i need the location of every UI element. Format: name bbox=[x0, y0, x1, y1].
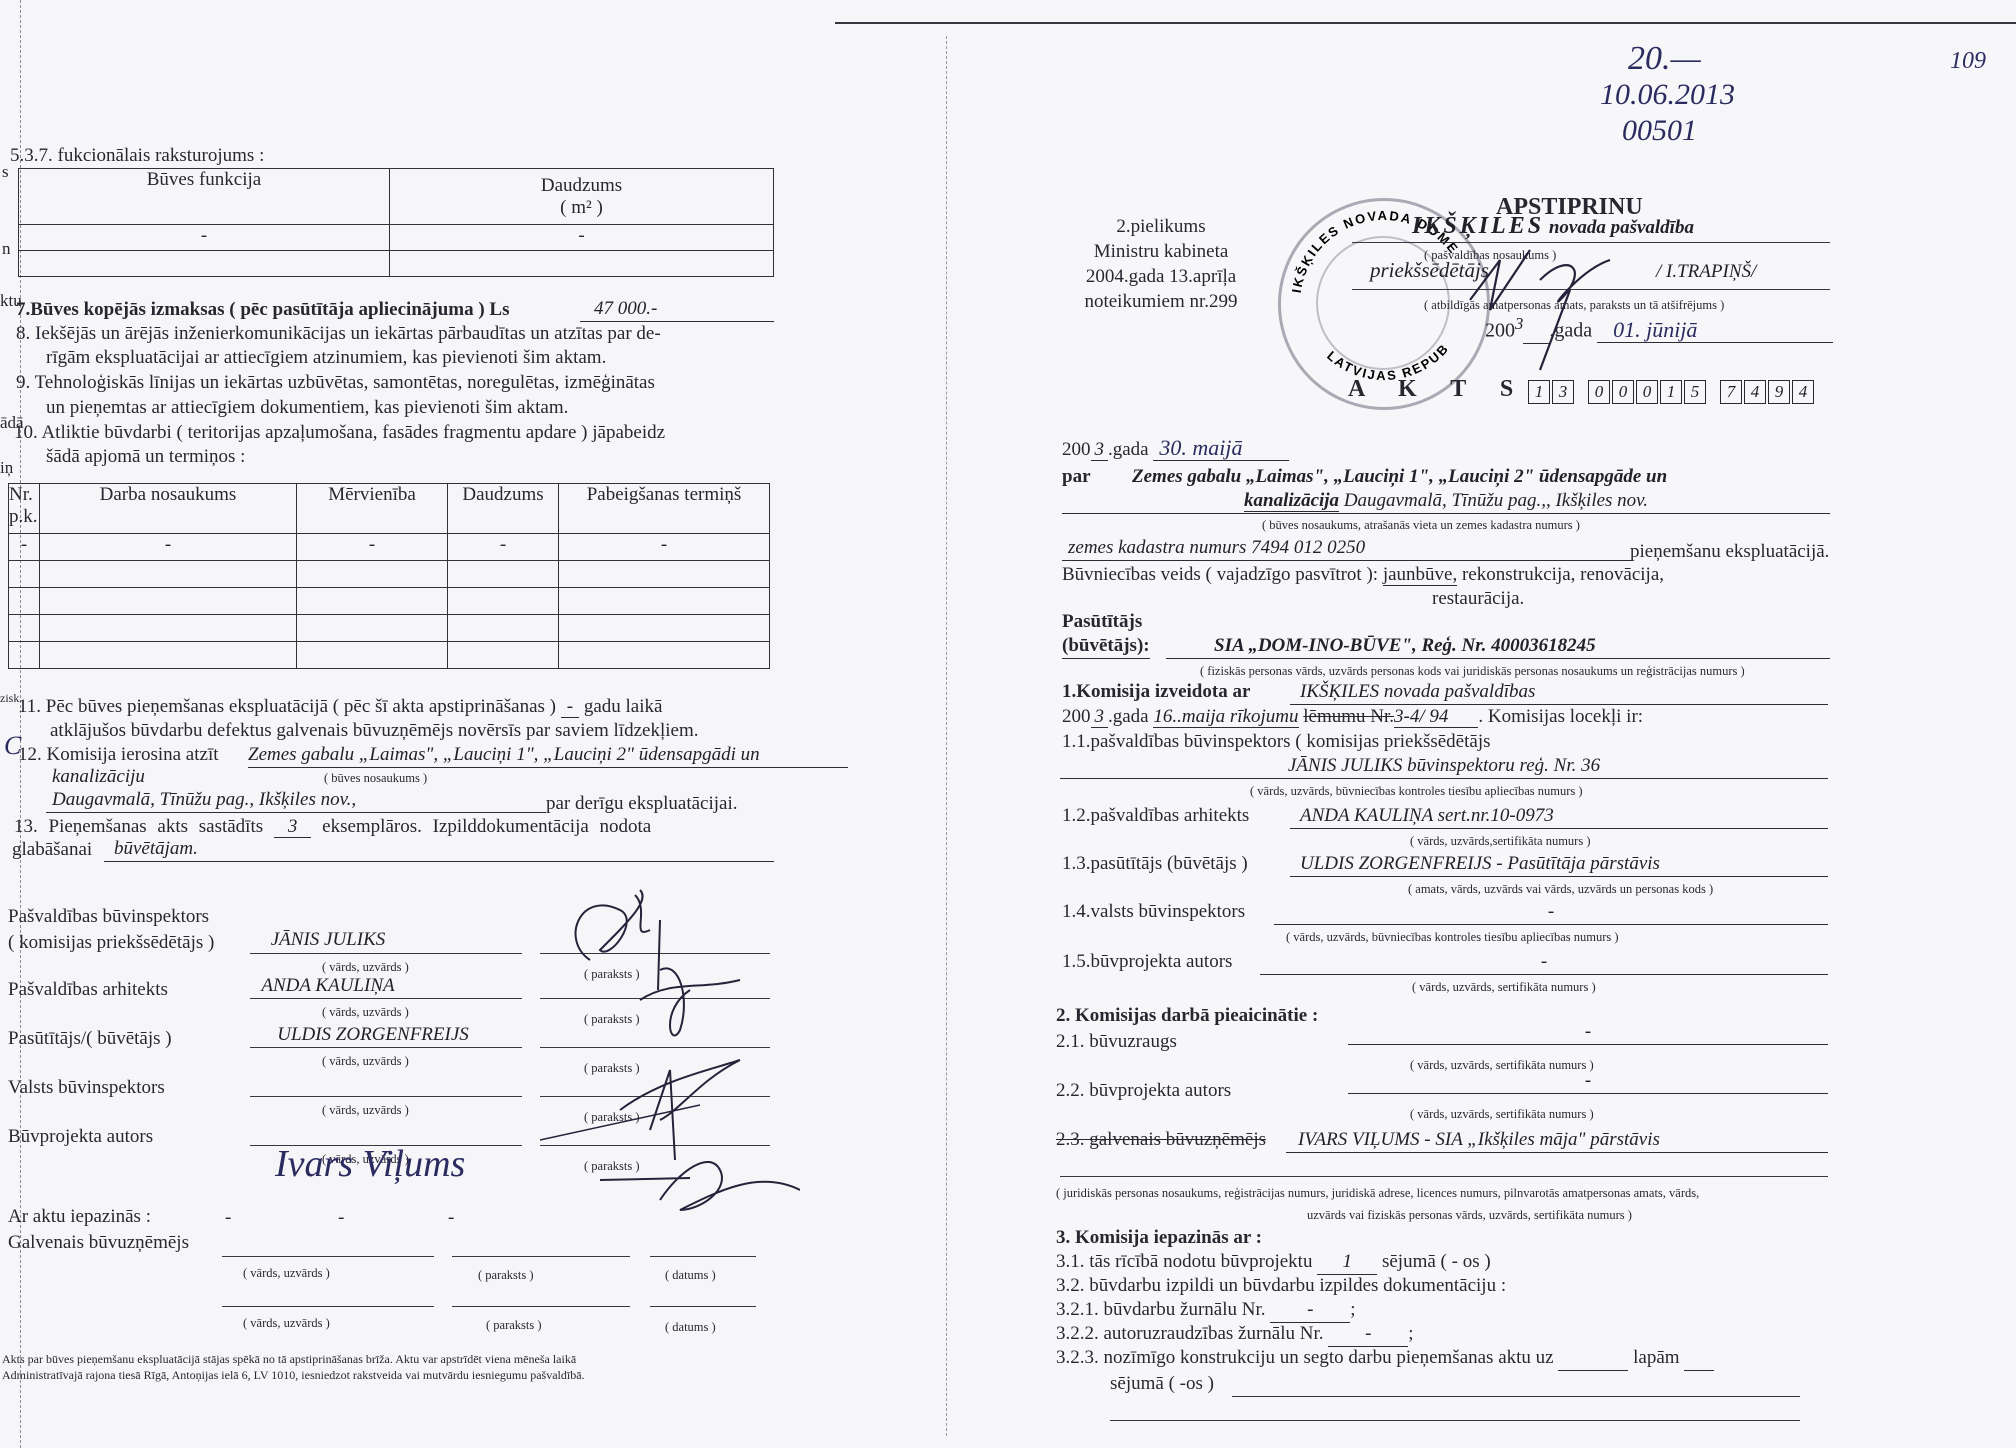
client-value: SIA „DOM-INO-BŪVE", Reģ. Nr. 40003618245 bbox=[1166, 634, 1830, 659]
invited-value: IVARS VIĻUMS - SIA „Ikšķiles māja" pārst… bbox=[1286, 1128, 1828, 1153]
invited-title: 2. Komisijas darbā pieaicinātie : bbox=[1056, 1004, 1318, 1028]
municipality-line: IKŠĶILES novada pašvaldība bbox=[1412, 214, 1694, 240]
handwritten-reg-number: 20.— bbox=[1628, 40, 1701, 78]
name-line bbox=[250, 1047, 522, 1048]
margin-fragment: s bbox=[2, 160, 9, 184]
member-role: 1.3.pasūtītājs (būvētājs ) bbox=[1062, 852, 1248, 876]
invited-value: - bbox=[1348, 1020, 1828, 1045]
table-row bbox=[9, 588, 770, 615]
member-value: JĀNIS JULIKS būvinspektoru reģ. Nr. 36 bbox=[1060, 754, 1828, 779]
dash: - bbox=[225, 1206, 231, 1230]
footnote: Akts par būves pieņemšanu ekspluatācijā … bbox=[2, 1352, 576, 1366]
act-number-digit: 1 bbox=[1660, 380, 1682, 404]
signature-line bbox=[452, 1256, 630, 1257]
invited-value: - bbox=[1348, 1069, 1828, 1094]
margin-fragment: n bbox=[2, 237, 11, 261]
act-number-digit: 0 bbox=[1612, 380, 1634, 404]
member-value: ANDA KAULIŅA sert.nr.10-0973 bbox=[1290, 804, 1828, 829]
signatory-name: JĀNIS JULIKS bbox=[258, 928, 398, 952]
item-10-line: 10. Atliktie būvdarbi ( teritorijas apza… bbox=[14, 421, 665, 445]
act-number-digit: 7 bbox=[1720, 380, 1742, 404]
table-row bbox=[19, 251, 774, 277]
approver-signature bbox=[1440, 240, 1660, 380]
table-header: Pabeigšanas termiņš bbox=[559, 484, 770, 534]
signatory-role: Pasūtītājs/( būvētājs ) bbox=[8, 1027, 172, 1051]
approver-name: / I.TRAPIŅŠ/ bbox=[1656, 260, 1756, 284]
margin-fragment: zisk bbox=[0, 686, 19, 710]
handwritten-name: Ivars Viļums bbox=[275, 1142, 465, 1186]
caption: ( vārds, uzvārds, sertifikāta numurs ) bbox=[1412, 980, 1596, 994]
item-8-line: rīgām ekspluatācijai ar attiecīgiem atzi… bbox=[46, 346, 606, 370]
table-row bbox=[9, 642, 770, 669]
caption: ( datums ) bbox=[665, 1268, 716, 1282]
table-header: Mērvienība bbox=[297, 484, 448, 534]
caption: ( datums ) bbox=[665, 1320, 716, 1334]
signatory-role: Pašvaldības arhitekts bbox=[8, 978, 168, 1002]
item-3-2-3-cont: sējumā ( -os ) bbox=[1110, 1372, 1214, 1396]
margin-fragment: iņ bbox=[0, 456, 13, 480]
about-label: par bbox=[1062, 465, 1091, 489]
fold-line bbox=[946, 36, 947, 1436]
item-9-line: 9. Tehnoloģiskās līnijas un iekārtas uzb… bbox=[16, 371, 655, 395]
handwritten-reg-code: 00501 bbox=[1622, 114, 1697, 148]
item-12-value: Zemes gabalu „Laimas", „Lauciņi 1", „Lau… bbox=[248, 743, 848, 768]
member-role: 1.1.pašvaldības būvinspektors ( komisija… bbox=[1062, 730, 1491, 754]
signatory-role: ( komisijas priekšsēdētājs ) bbox=[8, 931, 214, 955]
footnote: Administratīvajā rajona tiesā Rīgā, Anto… bbox=[2, 1368, 585, 1382]
section-337-title: 5.3.7. fukcionālais raksturojums : bbox=[10, 144, 264, 168]
annex-block: 2.pielikums Ministru kabineta 2004.gada … bbox=[1066, 214, 1256, 314]
table-row bbox=[9, 561, 770, 588]
table-header: Nr. p.k. bbox=[9, 484, 40, 534]
construction-type-last: restaurācija. bbox=[1432, 587, 1524, 611]
construction-type: Būvniecības veids ( vajadzīgo pasvītrot … bbox=[1062, 563, 1664, 587]
object-title-line2: kanalizācija Daugavmalā, Tīnūžu pag.,, I… bbox=[1062, 489, 1830, 514]
item-12-label: 12. Komisija ierosina atzīt bbox=[18, 743, 219, 767]
act-number-digit: 0 bbox=[1588, 380, 1610, 404]
act-number-digit: 4 bbox=[1744, 380, 1766, 404]
cadastre-number: zemes kadastra numurs 7494 012 0250 bbox=[1062, 536, 1632, 561]
item-3-2-3: 3.2.3. nozīmīgo konstrukciju un segto da… bbox=[1056, 1346, 1714, 1371]
general-contractor-label: Galvenais būvuzņēmējs bbox=[8, 1231, 189, 1255]
act-number: 13000157494 bbox=[1528, 380, 1828, 404]
act-number-digit: 3 bbox=[1552, 380, 1574, 404]
caption: ( vārds, uzvārds, sertifikāta numurs ) bbox=[1410, 1107, 1594, 1121]
member-value: - bbox=[1260, 950, 1828, 975]
item-3-2: 3.2. būvdarbu izpildi un būvdarbu izpild… bbox=[1056, 1274, 1506, 1298]
section-3-title: 3. Komisija iepazinās ar : bbox=[1056, 1226, 1262, 1250]
signatory-role: Pašvaldības būvinspektors bbox=[8, 905, 209, 929]
caption: ( vārds, uzvārds ) bbox=[243, 1316, 330, 1330]
dash: - bbox=[448, 1206, 454, 1230]
invited-role: 2.1. būvuzraugs bbox=[1056, 1030, 1177, 1054]
handwritten-reg-date: 10.06.2013 bbox=[1600, 78, 1735, 112]
caption: ( vārds, uzvārds ) bbox=[322, 1103, 409, 1117]
caption: ( vārds, uzvārds, būvniecības kontroles … bbox=[1250, 784, 1583, 798]
signatory-name: ANDA KAULIŅA bbox=[258, 974, 398, 998]
member-value: ULDIS ZORGENFREIJS - Pasūtītāja pārstāvi… bbox=[1290, 852, 1828, 877]
item-11-text: 11. Pēc būves pieņemšanas ekspluatācijā … bbox=[18, 695, 662, 719]
invited-role: 2.2. būvprojekta autors bbox=[1056, 1079, 1231, 1103]
table-header: Daudzums( m² ) bbox=[390, 169, 774, 225]
caption: ( vārds, uzvārds, būvniecības kontroles … bbox=[1286, 930, 1619, 944]
name-line bbox=[222, 1256, 434, 1257]
signature-line bbox=[452, 1306, 630, 1307]
caption: ( fiziskās personas vārds, uzvārds perso… bbox=[1200, 664, 1745, 678]
dash: - bbox=[338, 1206, 344, 1230]
table-row: ----- bbox=[9, 534, 770, 561]
table-header: Būves funkcija bbox=[19, 169, 390, 225]
name-line bbox=[222, 1306, 434, 1307]
item-12-value2: kanalizāciju bbox=[52, 765, 145, 789]
name-line bbox=[250, 1096, 522, 1097]
item-12-suffix: par derīgu ekspluatācijai. bbox=[546, 792, 738, 816]
client-label2: (būvētājs): bbox=[1062, 634, 1150, 659]
object-title: Zemes gabalu „Laimas", „Lauciņi 1", „Lau… bbox=[1132, 465, 1667, 489]
date-line bbox=[650, 1256, 756, 1257]
table-row bbox=[9, 615, 770, 642]
item-13-value: būvētājam. bbox=[104, 837, 774, 862]
table-header: Darba nosaukums bbox=[40, 484, 297, 534]
caption: ( vārds, uzvārds ) bbox=[322, 960, 409, 974]
item-13-text: 13. Pieņemšanas akts sastādīts 3 eksempl… bbox=[14, 815, 651, 839]
signatory-role: Valsts būvinspektors bbox=[8, 1076, 165, 1100]
member-role: 1.2.pašvaldības arhitekts bbox=[1062, 804, 1249, 828]
item-13-label: glabāšanai bbox=[12, 838, 92, 862]
item-8-line: 8. Iekšējās un ārējās inženierkomunikāci… bbox=[16, 322, 661, 346]
act-number-digit: 5 bbox=[1684, 380, 1706, 404]
caption: ( vārds, uzvārds ) bbox=[322, 1054, 409, 1068]
commission-value: IKŠĶILES novada pašvaldības bbox=[1290, 680, 1828, 705]
item-9-line: un pieņemtas ar attiecīgiem dokumentiem,… bbox=[46, 396, 568, 420]
caption: ( vārds, uzvārds,sertifikāta numurs ) bbox=[1410, 834, 1591, 848]
act-number-digit: 4 bbox=[1792, 380, 1814, 404]
act-number-digit: 1 bbox=[1528, 380, 1550, 404]
signatory-name: ULDIS ZORGENFREIJS bbox=[258, 1023, 488, 1047]
table-row: - - bbox=[19, 225, 774, 251]
item-3-1: 3.1. tās rīcībā nodotu būvprojektu 1 sēj… bbox=[1056, 1250, 1491, 1275]
invited-role: 2.3. galvenais būvuzņēmējs bbox=[1056, 1128, 1266, 1152]
underline bbox=[1060, 1176, 1828, 1177]
caption: uzvārds vai fiziskās personas vārds, uzv… bbox=[1307, 1208, 1632, 1222]
item-3-2-2: 3.2.2. autoruzraudzības žurnālu Nr. -; bbox=[1056, 1322, 1414, 1347]
client-label: Pasūtītājs bbox=[1062, 610, 1142, 634]
caption: ( amats, vārds, uzvārds vai vārds, uzvār… bbox=[1408, 882, 1713, 896]
caption: ( vārds, uzvārds ) bbox=[243, 1266, 330, 1280]
caption: ( vārds, uzvārds ) bbox=[322, 1005, 409, 1019]
caption: ( juridiskās personas nosaukums, reģistr… bbox=[1056, 1186, 1699, 1200]
caption: ( paraksts ) bbox=[478, 1268, 534, 1282]
caption: ( būves nosaukums, atrašanās vieta un ze… bbox=[1262, 518, 1580, 532]
works-table: Nr. p.k. Darba nosaukums Mērvienība Daud… bbox=[8, 483, 770, 669]
underline bbox=[1110, 1420, 1800, 1421]
name-line bbox=[250, 953, 522, 954]
act-number-digit: 9 bbox=[1768, 380, 1790, 404]
signatory-role: Būvprojekta autors bbox=[8, 1125, 153, 1149]
member-role: 1.5.būvprojekta autors bbox=[1062, 950, 1232, 974]
item-12-caption: ( būves nosaukums ) bbox=[324, 771, 427, 785]
acquainted-label: Ar aktu iepazinās : bbox=[8, 1205, 151, 1229]
item-10-line: šādā apjomā un termiņos : bbox=[46, 445, 245, 469]
date-line bbox=[650, 1306, 756, 1307]
about-suffix: pieņemšanu ekspluatācijā. bbox=[1630, 540, 1829, 564]
page-number: 109 bbox=[1950, 48, 1986, 75]
table-header: Daudzums bbox=[448, 484, 559, 534]
act-number-digit: 0 bbox=[1636, 380, 1658, 404]
top-rule bbox=[835, 22, 2016, 24]
handwritten-signature bbox=[600, 1150, 800, 1230]
cost-label: 7.Būves kopējās izmaksas ( pēc pasūtītāj… bbox=[16, 298, 510, 322]
commission-label: 1.Komisija izveidota ar bbox=[1062, 680, 1250, 704]
name-line bbox=[250, 998, 522, 999]
item-12-location: Daugavmalā, Tīnūžu pag., Ikšķiles nov., bbox=[46, 788, 546, 813]
item-11-line2: atklājušos būvdarbu defektus galvenais b… bbox=[50, 719, 698, 743]
commission-order: 2003.gada 16..maija rīkojumu lēmumu Nr.3… bbox=[1062, 705, 1643, 729]
member-value: - bbox=[1274, 900, 1828, 925]
underline bbox=[1232, 1396, 1800, 1397]
caption: ( paraksts ) bbox=[486, 1318, 542, 1332]
function-table: Būves funkcija Daudzums( m² ) - - bbox=[18, 168, 774, 277]
act-date: 2003.gada 30. maijā bbox=[1062, 436, 1289, 462]
act-title: A K T S bbox=[1348, 376, 1527, 403]
item-3-2-1: 3.2.1. būvdarbu žurnālu Nr. -; bbox=[1056, 1298, 1356, 1323]
member-role: 1.4.valsts būvinspektors bbox=[1062, 900, 1245, 924]
cost-value: 47 000.- bbox=[580, 297, 774, 322]
